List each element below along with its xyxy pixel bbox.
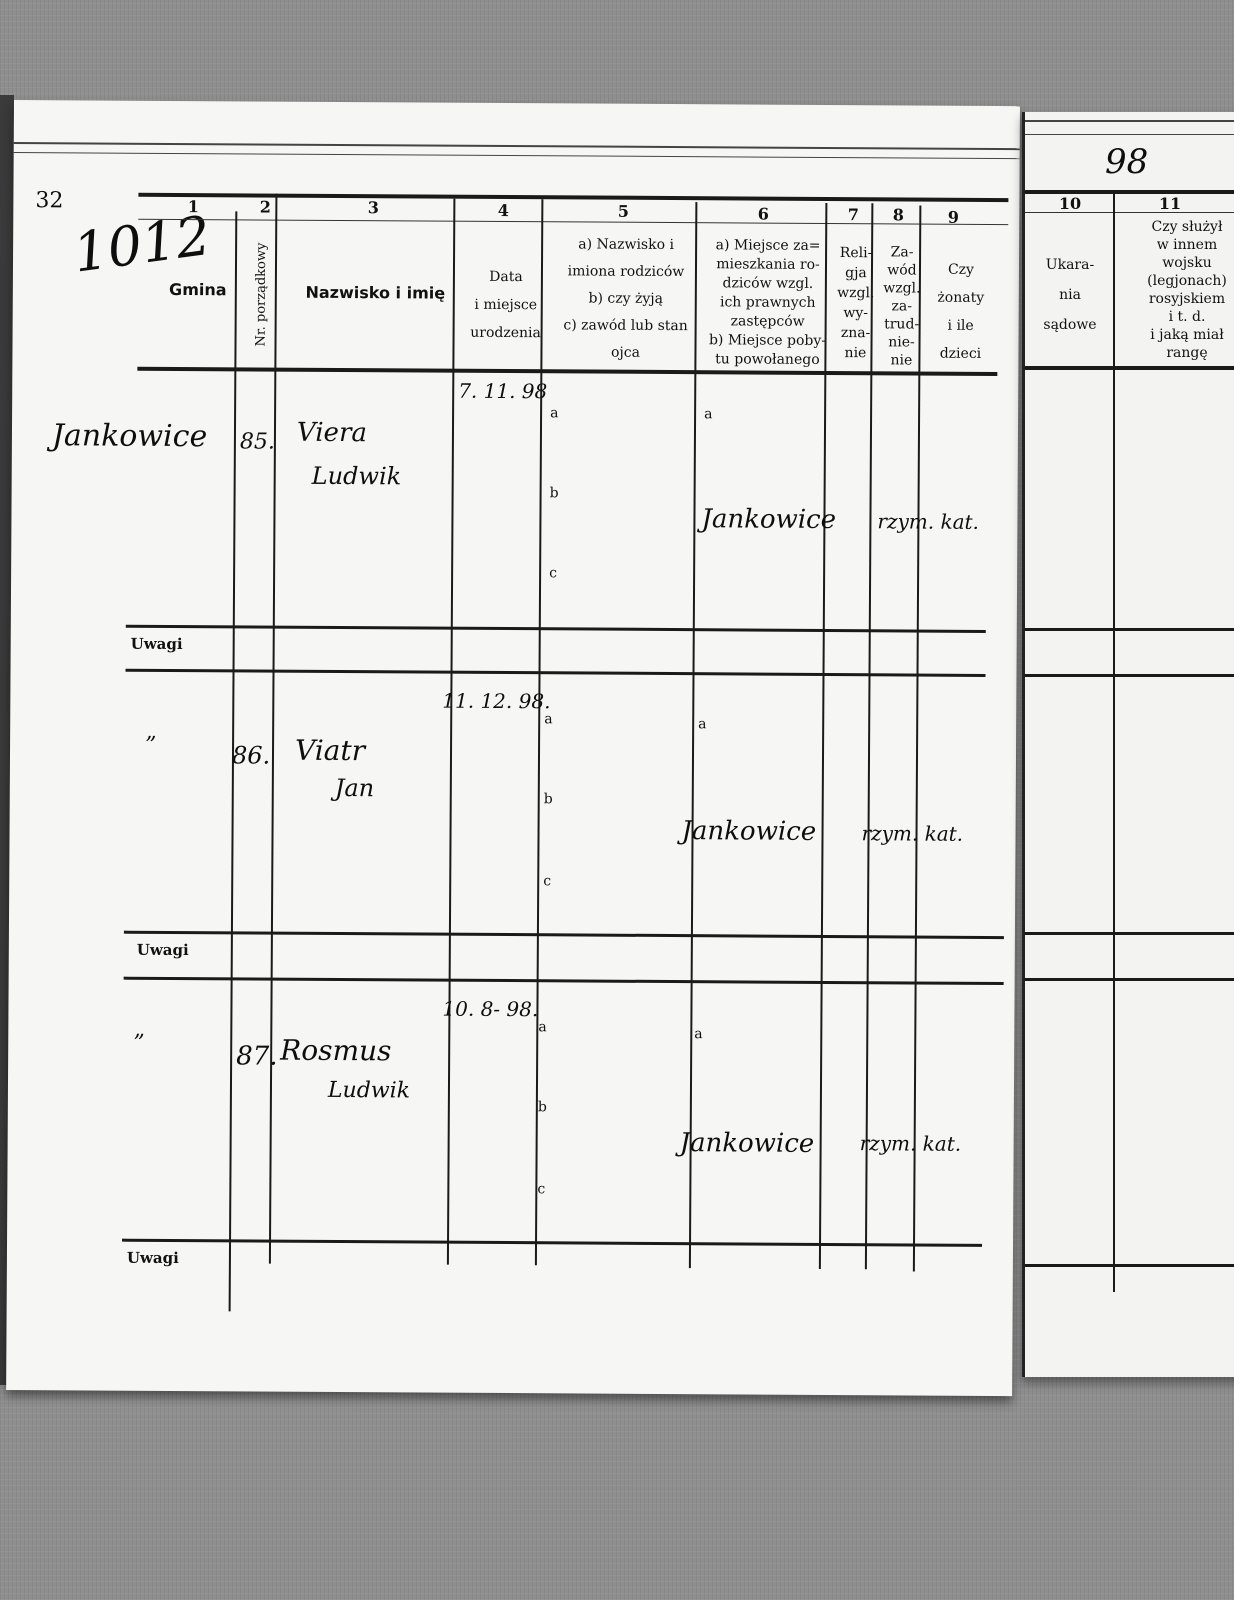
entry-nr: 86. xyxy=(232,741,270,769)
header-line: nia xyxy=(1030,280,1110,310)
row-rule xyxy=(1025,674,1234,677)
header-line: ich prawnych xyxy=(703,293,833,313)
col-1-number: 1 xyxy=(173,197,213,216)
register-page-left: 32 1012 1 2 3 4 5 6 7 8 9 Gmina Nr. porz… xyxy=(6,100,1020,1396)
sub-label-a: a xyxy=(544,711,552,727)
entry-given-name: Ludwik xyxy=(328,1078,410,1104)
entry-gmina: Jankowice xyxy=(52,418,208,454)
row-rule xyxy=(1025,628,1234,631)
col-10-number: 10 xyxy=(1050,194,1090,213)
entry-birth-date: 10. 8- 98. xyxy=(442,997,538,1022)
sub-label-a: a xyxy=(538,1019,546,1035)
header-line: sądowe xyxy=(1030,310,1110,340)
col-residence-header: a) Miejsce za= mieszkania ro- dziców wzg… xyxy=(702,236,833,370)
header-line: i jaką miał xyxy=(1117,326,1234,344)
sub-label-c: c xyxy=(549,565,557,581)
row-rule xyxy=(1025,1264,1234,1267)
page-fold-line xyxy=(14,152,1020,159)
row-rule xyxy=(126,669,986,677)
header-line: ojca xyxy=(550,339,700,367)
col-married-header: Czy żonaty i ile dzieci xyxy=(925,256,996,368)
column-divider xyxy=(1113,192,1115,1292)
entry-religion: rzym. kat. xyxy=(860,1131,962,1156)
header-line: imiona rodziców xyxy=(551,258,701,286)
header-line: dzieci xyxy=(925,340,995,368)
col-7-number: 7 xyxy=(838,205,868,224)
entry-religion: rzym. kat. xyxy=(877,509,979,534)
row-rule xyxy=(122,1239,982,1247)
entry-row: Jankowice 85. Viera Ludwik 7. 11. 98 a b… xyxy=(14,100,1020,106)
header-line: i ile xyxy=(926,312,996,340)
page-fold-line xyxy=(14,142,1020,150)
entry-residence: Jankowice xyxy=(701,504,836,535)
colnum-rule xyxy=(138,219,1008,225)
col-8-number: 8 xyxy=(883,205,913,224)
sub-label-a: a xyxy=(550,405,558,421)
header-line: a) Nazwisko i xyxy=(551,231,701,259)
col-5-number: 5 xyxy=(603,202,643,221)
row-rule xyxy=(124,977,1004,985)
entry-surname: Rosmus xyxy=(280,1034,391,1068)
entry-surname: Viera xyxy=(297,418,367,448)
col-punishment-header: Ukara- nia sądowe xyxy=(1030,250,1110,340)
col-4-number: 4 xyxy=(483,201,523,220)
header-line: (legjonach) xyxy=(1117,272,1234,290)
sub-label-b: b xyxy=(550,485,559,501)
header-line: w innem xyxy=(1117,236,1234,254)
entry-nr: 85. xyxy=(240,429,275,454)
header-line: Data xyxy=(461,263,551,292)
header-line: Czy xyxy=(926,256,996,284)
sub-label-b: b xyxy=(538,1099,547,1115)
header-line: wojsku xyxy=(1117,254,1234,272)
col-6-number: 6 xyxy=(743,204,783,223)
header-line: dziców wzgl. xyxy=(703,274,833,294)
row-rule xyxy=(126,625,986,633)
page-fold-line xyxy=(1025,120,1234,122)
row-rule xyxy=(124,931,1004,939)
entry-birth-date: 7. 11. 98 xyxy=(458,379,547,404)
page-year-mark: 98 xyxy=(1105,142,1148,182)
register-page-right: 98 10 11 Ukara- nia sądowe Czy służył w … xyxy=(1022,112,1234,1377)
sub-label-a: a xyxy=(698,716,706,732)
entry-given-name: Jan xyxy=(335,774,375,802)
col-birth-header: Data i miejsce urodzenia xyxy=(461,263,552,348)
entry-religion: rzym. kat. xyxy=(861,821,963,846)
header-line: Ukara- xyxy=(1030,250,1110,280)
header-bottom-rule xyxy=(137,367,997,376)
header-line: tu powołanego xyxy=(702,350,832,370)
row-rule xyxy=(1025,932,1234,935)
col-2-number: 2 xyxy=(253,197,277,216)
header-line: i t. d. xyxy=(1117,308,1234,326)
col-service-header: Czy służył w innem wojsku (legjonach) ro… xyxy=(1117,218,1234,362)
entry-gmina: ” xyxy=(145,733,156,758)
sub-label-c: c xyxy=(537,1181,545,1197)
entry-birth-date: 11. 12. 98. xyxy=(442,689,550,714)
header-line: żonaty xyxy=(926,284,996,312)
entry-gmina: ” xyxy=(133,1031,144,1056)
remarks-label-1: Uwagi xyxy=(131,635,183,653)
header-line: rosyjskiem xyxy=(1117,290,1234,308)
column-divider xyxy=(447,199,456,1265)
entry-surname: Viatr xyxy=(295,734,365,767)
entry-residence: Jankowice xyxy=(681,816,816,847)
header-line: zastępców xyxy=(703,312,833,332)
sub-label-a: a xyxy=(694,1026,702,1042)
entry-row: ” 86. Viatr Jan 11. 12. 98. a b c a Jank… xyxy=(14,100,1020,106)
entry-nr: 87. xyxy=(236,1041,278,1071)
col-gmina-header: Gmina xyxy=(153,281,243,299)
col-3-number: 3 xyxy=(353,198,393,217)
entry-given-name: Ludwik xyxy=(312,462,402,491)
remarks-label-3: Uwagi xyxy=(127,1249,179,1267)
header-line: mieszkania ro- xyxy=(703,255,833,275)
margin-number: 32 xyxy=(35,188,63,213)
entry-row: ” 87. Rosmus Ludwik 10. 8- 98. a b c a J… xyxy=(14,100,1020,106)
page-fold-line xyxy=(1025,134,1234,135)
col-9-number: 9 xyxy=(938,208,968,227)
sub-label-c: c xyxy=(543,873,551,889)
header-line: c) zawód lub stan xyxy=(551,312,701,340)
header-bottom-rule xyxy=(1025,366,1234,370)
remarks-label-2: Uwagi xyxy=(137,941,189,959)
row-rule xyxy=(1025,978,1234,981)
col-parents-header: a) Nazwisko i imiona rodziców b) czy żyj… xyxy=(550,231,701,367)
header-line: Czy służył xyxy=(1117,218,1234,236)
header-line: a) Miejsce za= xyxy=(703,236,833,256)
col-11-number: 11 xyxy=(1150,194,1190,213)
col-nr-header: Nr. porządkowy xyxy=(252,229,275,359)
entry-residence: Jankowice xyxy=(680,1128,815,1159)
header-line: rangę xyxy=(1117,344,1234,362)
header-line: urodzenia xyxy=(461,319,551,348)
sub-label-a: a xyxy=(704,406,712,422)
col-name-header: Nazwisko i imię xyxy=(288,284,463,302)
header-line: b) Miejsce poby- xyxy=(702,331,832,351)
sub-label-b: b xyxy=(544,791,553,807)
header-line: i miejsce xyxy=(461,291,551,320)
header-line: b) czy żyją xyxy=(551,285,701,313)
